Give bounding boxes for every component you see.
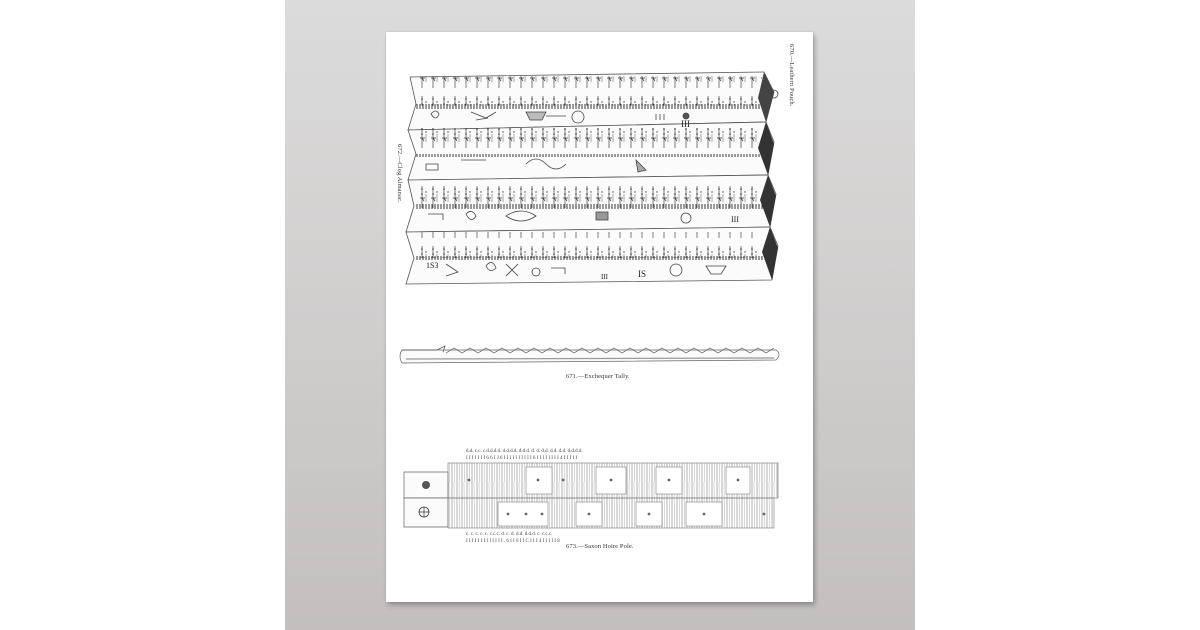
- svg-text:c. c. c. c. c. c.c.c.: c. c. c. c. c. c.c.c. d. c. d. d.d. d.d.…: [466, 532, 552, 537]
- caption-exchequer-tally: 671.—Exchequer Tally.: [566, 373, 630, 380]
- svg-text:I I I I I I I I I I I I I .: I I I I I I I I I I I I I . 6 I I 6 I I …: [466, 539, 560, 544]
- svg-text:III: III: [731, 215, 739, 224]
- svg-text:I I I I I I I 6 6 I J.6 I I: I I I I I I I 6 6 I J.6 I I I I I I I I …: [466, 456, 577, 461]
- svg-text:d.d. c.c. c.d.d.d.d. d.d.d.d: d.d. c.c. c.d.d.d.d. d.d.d.d. d.d.d. d. …: [466, 449, 583, 454]
- caption-leathern-pouch: 670.—Leathern Pouch.: [788, 44, 795, 106]
- svg-text:IS: IS: [638, 269, 646, 279]
- caption-saxon-pole: 673.—Saxon Hoire Pole.: [566, 543, 634, 550]
- svg-text:III: III: [601, 273, 609, 281]
- poster: III III 1S3 III IS d.d. c.c. c.d.d.d.d. …: [386, 32, 813, 602]
- engraving-illustration: III III 1S3 III IS d.d. c.c. c.d.d.d.d. …: [386, 32, 813, 602]
- caption-clog-almanac: 672.—Clog Almanac.: [396, 144, 403, 203]
- svg-text:III: III: [681, 119, 690, 129]
- clog-almanac-figure: III III 1S3 III IS: [406, 72, 778, 284]
- svg-text:1S3: 1S3: [426, 261, 438, 270]
- exchequer-tally-figure: [400, 346, 779, 363]
- saxon-pole-figure: d.d. c.c. c.d.d.d.d. d.d.d.d. d.d.d. d. …: [404, 449, 778, 544]
